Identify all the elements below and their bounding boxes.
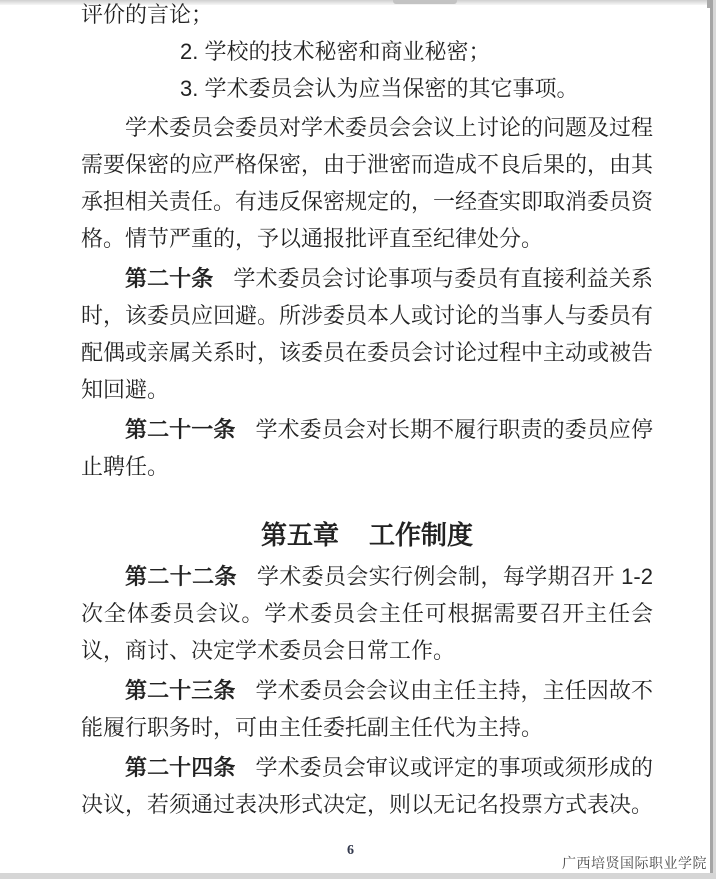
article-24-label: 第二十四条	[125, 755, 235, 780]
article-22: 第二十二条学术委员会实行例会制，每学期召开 1-2 次全体委员会议。学术委员会主…	[81, 558, 653, 669]
list-item-3: 3. 学术委员会认为应当保密的其它事项。	[81, 70, 653, 107]
chapter-number: 第五章	[261, 520, 339, 550]
article-24: 第二十四条学术委员会审议或评定的事项或须形成的决议，若须通过表决形式决定，则以无…	[81, 749, 653, 823]
article-21: 第二十一条学术委员会对长期不履行职责的委员应停止聘任。	[81, 411, 653, 485]
article-20: 第二十条学术委员会讨论事项与委员有直接利益关系时，该委员应回避。所涉委员本人或讨…	[81, 260, 653, 408]
paragraph-confidentiality: 学术委员会委员对学术委员会会议上讨论的问题及过程需要保密的应严格保密，由于泄密而…	[81, 109, 653, 257]
continuation-line: 评价的言论；	[81, 0, 653, 33]
article-23-label: 第二十三条	[125, 678, 235, 703]
chapter-heading: 第五章工作制度	[81, 515, 653, 555]
institution-watermark: 广西培贤国际职业学院	[562, 853, 707, 873]
article-20-label: 第二十条	[125, 266, 213, 291]
article-22-label: 第二十二条	[125, 564, 237, 589]
document-body: 评价的言论； 2. 学校的技术秘密和商业秘密； 3. 学术委员会认为应当保密的其…	[81, 0, 653, 823]
list-item-2: 2. 学校的技术秘密和商业秘密；	[81, 33, 653, 70]
viewer-bottom-edge	[0, 873, 716, 879]
article-23: 第二十三条学术委员会会议由主任主持，主任因故不能履行职务时，可由主任委托副主任代…	[81, 672, 653, 746]
page-number: 6	[347, 843, 354, 859]
article-21-label: 第二十一条	[125, 417, 235, 442]
chapter-title: 工作制度	[369, 520, 473, 550]
